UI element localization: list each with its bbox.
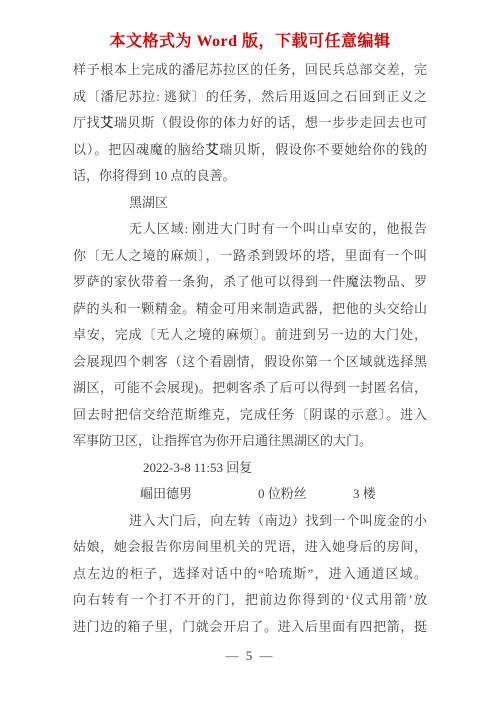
text-segment: 样子根本上完成的潘尼苏拉区的任务，回民兵总部交差，完	[73, 62, 427, 77]
text-segment: 军事防卫区，让指挥官为你开启通往黑湖区的大门。	[73, 433, 372, 448]
text-line: 点左边的柜子，选择对话中的“哈琉斯”，进入通道区域。	[73, 561, 427, 588]
document-content: 本文格式为 Word 版，下载可任意编辑 样子根本上完成的潘尼苏拉区的任务，回民…	[73, 0, 427, 666]
text-segment: 厅找	[73, 115, 100, 130]
document-page: 本文格式为 Word 版，下载可任意编辑 样子根本上完成的潘尼苏拉区的任务，回民…	[0, 0, 500, 708]
reply-timestamp-row: 2022-3-8 11:53 回复	[73, 455, 427, 482]
text-line: 无人区域: 刚进大门时有一个叫山卓安的，他报告	[73, 216, 427, 243]
text-segment: 瑞贝斯，假设你不要她给你的钱的	[219, 142, 427, 157]
reply-fans-count: 0 位粉丝	[258, 481, 307, 508]
text-segment: 罗萨的家伙带着一条狗，杀了他可以得到一件魔法物品、罗	[73, 274, 427, 289]
text-line: 向右转有一个打不开的门，把前边你得到的‘仪式用箭’放	[73, 587, 427, 614]
text-line: 姑娘，她会报告你房间里机关的咒语，进入她身后的房间，	[73, 534, 427, 561]
text-line: 样子根本上完成的潘尼苏拉区的任务，回民兵总部交差，完	[73, 57, 427, 84]
text-segment: 萨的头和一颗精金。精金可用来制造武器，把他的头交给山	[73, 301, 427, 316]
text-line: 湖区，可能不会展现)。把刺客杀了后可以得到一封匿名信，	[73, 375, 427, 402]
text-segment: 无人区域: 刚进大门时有一个叫山卓安的，他报告	[129, 221, 427, 236]
text-segment: 湖区，可能不会展现)。把刺客杀了后可以得到一封匿名信，	[73, 380, 427, 395]
text-line: 萨的头和一颗精金。精金可用来制造武器，把他的头交给山	[73, 296, 427, 323]
text-line: 会展现四个刺客（这个看剧情，假设你第一个区域就选择黑	[73, 349, 427, 376]
text-segment: 黑湖区	[129, 195, 168, 210]
text-segment: 以）。把囚魂魔的脑给	[73, 142, 205, 157]
text-line: 以）。把囚魂魔的脑给艾瑞贝斯，假设你不要她给你的钱的	[73, 137, 427, 164]
text-line: 罗萨的家伙带着一条狗，杀了他可以得到一件魔法物品、罗	[73, 269, 427, 296]
reply-link: 回复	[226, 460, 252, 475]
text-segment: 回去时把信交给范斯维克，完成任务〔阴谋的示意〕。进入	[73, 407, 427, 422]
text-segment: 你〔无人之境的麻烦〕，一路杀到毁坏的塔，里面有一个叫	[73, 248, 427, 263]
reply-timestamp: 2022-3-8 11:53	[143, 460, 226, 475]
document-body: 样子根本上完成的潘尼苏拉区的任务，回民兵总部交差，完成〔潘尼苏拉: 逃狱〕的任务…	[73, 57, 427, 640]
word-format-notice: 本文格式为 Word 版，下载可任意编辑	[73, 31, 427, 52]
text-line: 黑湖区	[73, 190, 427, 217]
text-line: 回去时把信交给范斯维克，完成任务〔阴谋的示意〕。进入	[73, 402, 427, 429]
text-line: 话，你将得到 10 点的良善。	[73, 163, 427, 190]
text-line: 厅找艾瑞贝斯（假设你的体力好的话，想一步步走回去也可	[73, 110, 427, 137]
reply-user-row: 崛田德男0 位粉丝3 楼	[73, 481, 427, 508]
text-line: 军事防卫区，让指挥官为你开启通往黑湖区的大门。	[73, 428, 427, 455]
text-line: 卓安，完成〔无人之境的麻烦〕。前进到另一边的大门处，	[73, 322, 427, 349]
text-line: 进入大门后，向左转（南边）找到一个叫庞金的小	[73, 508, 427, 535]
page-number: — 5 —	[73, 646, 427, 666]
text-segment: 话，你将得到 10 点的良善。	[73, 168, 236, 183]
text-line: 成〔潘尼苏拉: 逃狱〕的任务，然后用返回之石回到正义之	[73, 84, 427, 111]
text-segment: 点左边的柜子，选择对话中的“哈琉斯”，进入通道区域。	[73, 566, 427, 581]
reply-username: 崛田德男	[140, 481, 192, 508]
text-segment: 会展现四个刺客（这个看剧情，假设你第一个区域就选择黑	[73, 354, 427, 369]
text-line: 进门边的箱子里，门就会开启了。进入后里面有四把箭，挺	[73, 614, 427, 641]
text-segment: 艾	[100, 115, 114, 130]
text-segment: 艾	[205, 142, 219, 157]
reply-floor-badge: 3 楼	[353, 481, 376, 508]
text-segment: 进入大门后，向左转（南边）找到一个叫庞金的小	[129, 513, 427, 528]
text-segment: 向右转有一个打不开的门，把前边你得到的‘仪式用箭’放	[73, 592, 427, 607]
text-segment: 成〔潘尼苏拉: 逃狱〕的任务，然后用返回之石回到正义之	[73, 89, 427, 104]
text-segment: 瑞贝斯（假设你的体力好的话，想一步步走回去也可	[114, 115, 427, 130]
text-segment: 姑娘，她会报告你房间里机关的咒语，进入她身后的房间，	[73, 539, 427, 554]
text-segment: 卓安，完成〔无人之境的麻烦〕。前进到另一边的大门处，	[73, 327, 427, 342]
text-segment: 进门边的箱子里，门就会开启了。进入后里面有四把箭，挺	[73, 619, 427, 634]
text-line: 你〔无人之境的麻烦〕，一路杀到毁坏的塔，里面有一个叫	[73, 243, 427, 270]
